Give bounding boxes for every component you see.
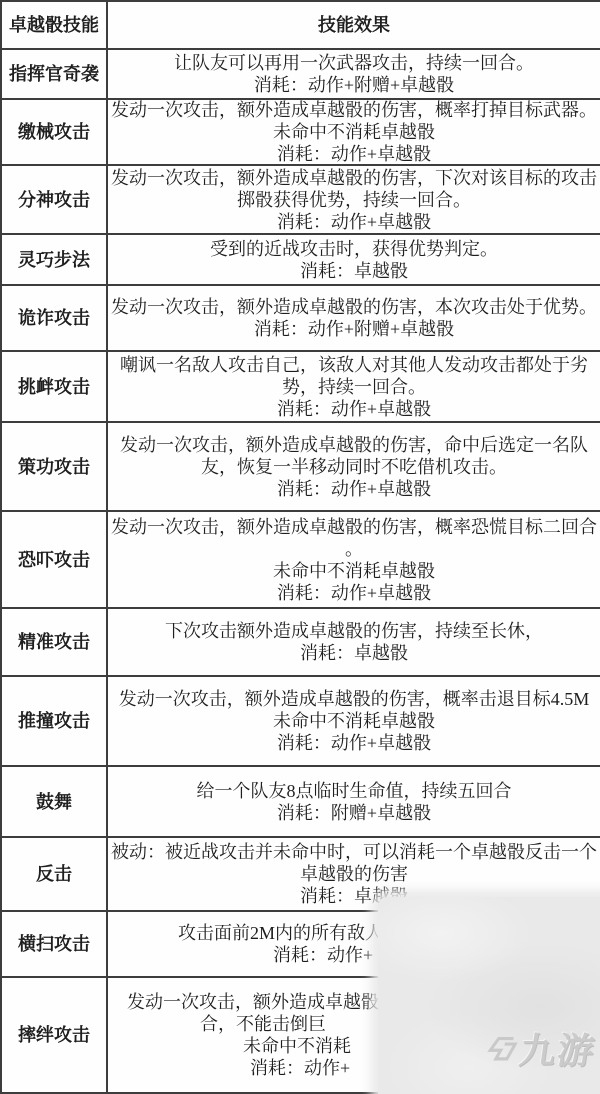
skill-name-cell: 策功攻击 <box>2 423 108 510</box>
effect-line: 消耗：动作+附赠+卓越骰 <box>254 74 454 96</box>
skill-effect-cell: 让队友可以再用一次武器攻击，持续一回合。消耗：动作+附赠+卓越骰 <box>108 50 600 98</box>
table-row: 诡诈攻击发动一次攻击，额外造成卓越骰的伤害，本次攻击处于优势。消耗：动作+附赠+… <box>2 286 600 352</box>
skill-name-cell: 反击 <box>2 838 108 910</box>
skill-effect-cell: 发动一次攻击，额外造成卓越骰的伤害，下次对该目标的攻击掷骰获得优势，持续一回合。… <box>108 166 600 233</box>
effect-line: 发动一次攻击，额外造成卓越骰的伤害，概率恐慌目标二回合 <box>111 516 597 538</box>
effect-line: 消耗：动作+卓越骰 <box>277 732 431 754</box>
effect-line: 发动一次攻击，额外造成卓越骰的伤害，本次攻击处于优势。 <box>111 296 597 318</box>
effect-line: 未命中不消耗卓越骰 <box>273 121 435 143</box>
table-row: 恐吓攻击发动一次攻击，额外造成卓越骰的伤害，概率恐慌目标二回合。未命中不消耗卓越… <box>2 512 600 609</box>
table-row: 策功攻击发动一次攻击，额外造成卓越骰的伤害，命中后选定一名队友，恢复一半移动同时… <box>2 423 600 512</box>
effect-line: 未命中不消耗 <box>108 1035 351 1057</box>
page: 卓越骰技能 技能效果 指挥官奇袭让队友可以再用一次武器攻击，持续一回合。消耗：动… <box>0 0 600 1094</box>
skill-name-cell: 推撞攻击 <box>2 677 108 765</box>
skill-effect-cell: 受到的近战攻击时，获得优势判定。消耗：卓越骰 <box>108 235 600 284</box>
skill-name-cell: 挑衅攻击 <box>2 352 108 421</box>
effect-line: 发动一次攻击，额外造成卓越骰的伤害，命中后选定一名队 <box>120 434 588 456</box>
skill-name-cell: 灵巧步法 <box>2 235 108 284</box>
watermark-text: 九游 <box>516 1023 599 1074</box>
table-row: 缴械攻击发动一次攻击，额外造成卓越骰的伤害，概率打掉目标武器。未命中不消耗卓越骰… <box>2 100 600 166</box>
skill-effect-cell: 嘲讽一名敌人攻击自己，该敌人对其他人发动攻击都处于劣势，持续一回合。消耗：动作+… <box>108 352 600 421</box>
effect-line: 消耗：动作+卓越骰 <box>277 211 431 233</box>
skill-name-cell: 指挥官奇袭 <box>2 50 108 98</box>
effect-line: 消耗：动作+卓越骰 <box>277 582 431 604</box>
effect-line: 下次攻击额外造成卓越骰的伤害，持续至长休， <box>165 620 543 642</box>
watermark: 九游 <box>481 1023 599 1074</box>
effect-line: 嘲讽一名敌人攻击自己，该敌人对其他人发动攻击都处于劣 <box>120 354 588 376</box>
effect-line: 给一个队友8点临时生命值，持续五回合 <box>197 780 512 802</box>
effect-line: 势，持续一回合。 <box>282 376 426 398</box>
effect-line: 消耗：动作+ <box>108 1057 350 1079</box>
skill-name-cell: 摔绊攻击 <box>2 978 108 1092</box>
effect-line: 发动一次攻击，额外造成卓越骰的伤害，概率打掉目标武器。 <box>111 99 597 121</box>
effect-line: 消耗：动作+卓越骰 <box>277 398 431 420</box>
skill-effect-cell: 发动一次攻击，额外造成卓越骰的伤害，概率恐慌目标二回合。未命中不消耗卓越骰消耗：… <box>108 512 600 607</box>
skill-name-cell: 横扫攻击 <box>2 912 108 976</box>
effect-line: 消耗：附赠+卓越骰 <box>277 802 431 824</box>
skill-effect-cell: 发动一次攻击，额外造成卓越骰的伤害，概率击退目标4.5M未命中不消耗卓越骰消耗：… <box>108 677 600 765</box>
effect-line: 受到的近战攻击时，获得优势判定。 <box>210 238 498 260</box>
effect-line: 让队友可以再用一次武器攻击，持续一回合。 <box>174 52 534 74</box>
skill-effect-cell: 发动一次攻击，额外造成卓越骰的伤害，命中后选定一名队友，恢复一半移动同时不吃借机… <box>108 423 600 510</box>
table-row: 灵巧步法受到的近战攻击时，获得优势判定。消耗：卓越骰 <box>2 235 600 286</box>
skill-effect-cell: 发动一次攻击，额外造成卓越骰的伤害，本次攻击处于优势。消耗：动作+附赠+卓越骰 <box>108 286 600 350</box>
table-row: 推撞攻击发动一次攻击，额外造成卓越骰的伤害，概率击退目标4.5M未命中不消耗卓越… <box>2 677 600 767</box>
effect-line: 合，不能击倒巨 <box>108 1013 326 1035</box>
skill-name-cell: 恐吓攻击 <box>2 512 108 607</box>
table-row: 分神攻击发动一次攻击，额外造成卓越骰的伤害，下次对该目标的攻击掷骰获得优势，持续… <box>2 166 600 235</box>
skill-name-cell: 诡诈攻击 <box>2 286 108 350</box>
effect-line: 。 <box>345 538 363 560</box>
table-row: 挑衅攻击嘲讽一名敌人攻击自己，该敌人对其他人发动攻击都处于劣势，持续一回合。消耗… <box>2 352 600 423</box>
skill-name-cell: 精准攻击 <box>2 609 108 675</box>
table-row: 指挥官奇袭让队友可以再用一次武器攻击，持续一回合。消耗：动作+附赠+卓越骰 <box>2 50 600 100</box>
effect-line: 消耗：卓越骰 <box>300 260 408 282</box>
skill-effect-cell: 下次攻击额外造成卓越骰的伤害，持续至长休，消耗：卓越骰 <box>108 609 600 675</box>
table-row: 鼓舞给一个队友8点临时生命值，持续五回合消耗：附赠+卓越骰 <box>2 767 600 838</box>
header-skill-col: 卓越骰技能 <box>2 2 108 48</box>
effect-line: 未命中不消耗卓越骰 <box>273 710 435 732</box>
skill-name-cell: 鼓舞 <box>2 767 108 836</box>
effect-line: 被动：被近战攻击并未命中时，可以消耗一个卓越骰反击一个 <box>111 841 597 863</box>
effect-line: 发动一次攻击，额外造成卓越骰的伤害，下次对该目标的攻击 <box>111 167 597 189</box>
effect-line: 消耗：动作+卓越骰 <box>277 478 431 500</box>
effect-line: 攻击面前2M内的所有敌人， <box>108 922 401 944</box>
effect-line: 友，恢复一半移动同时不吃借机攻击。 <box>201 456 507 478</box>
jiuyou-logo-icon <box>483 1033 519 1065</box>
header-effect-col: 技能效果 <box>108 2 600 48</box>
effect-line: 消耗：动作+卓越骰 <box>277 143 431 165</box>
effect-line: 发动一次攻击，额外造成卓越骰的伤害，概率击退目标4.5M <box>119 688 590 710</box>
table-row: 精准攻击下次攻击额外造成卓越骰的伤害，持续至长休，消耗：卓越骰 <box>2 609 600 677</box>
skill-effect-cell: 给一个队友8点临时生命值，持续五回合消耗：附赠+卓越骰 <box>108 767 600 836</box>
effect-line: 卓越骰的伤害 <box>300 863 408 885</box>
skill-effect-cell: 发动一次攻击，额外造成卓越骰的伤害，概率打掉目标武器。未命中不消耗卓越骰消耗：动… <box>108 100 600 164</box>
skill-name-cell: 分神攻击 <box>2 166 108 233</box>
effect-line: 发动一次攻击，额外造成卓越骰的 <box>108 991 397 1013</box>
effect-line: 未命中不消耗卓越骰 <box>273 560 435 582</box>
effect-line: 消耗：动作+附赠+卓越骰 <box>254 318 454 340</box>
effect-line: 消耗：卓越骰 <box>300 642 408 664</box>
skill-name-cell: 缴械攻击 <box>2 100 108 164</box>
effect-line: 消耗：动作+ <box>108 944 373 966</box>
table-header-row: 卓越骰技能 技能效果 <box>2 2 600 50</box>
effect-line: 掷骰获得优势，持续一回合。 <box>237 189 471 211</box>
